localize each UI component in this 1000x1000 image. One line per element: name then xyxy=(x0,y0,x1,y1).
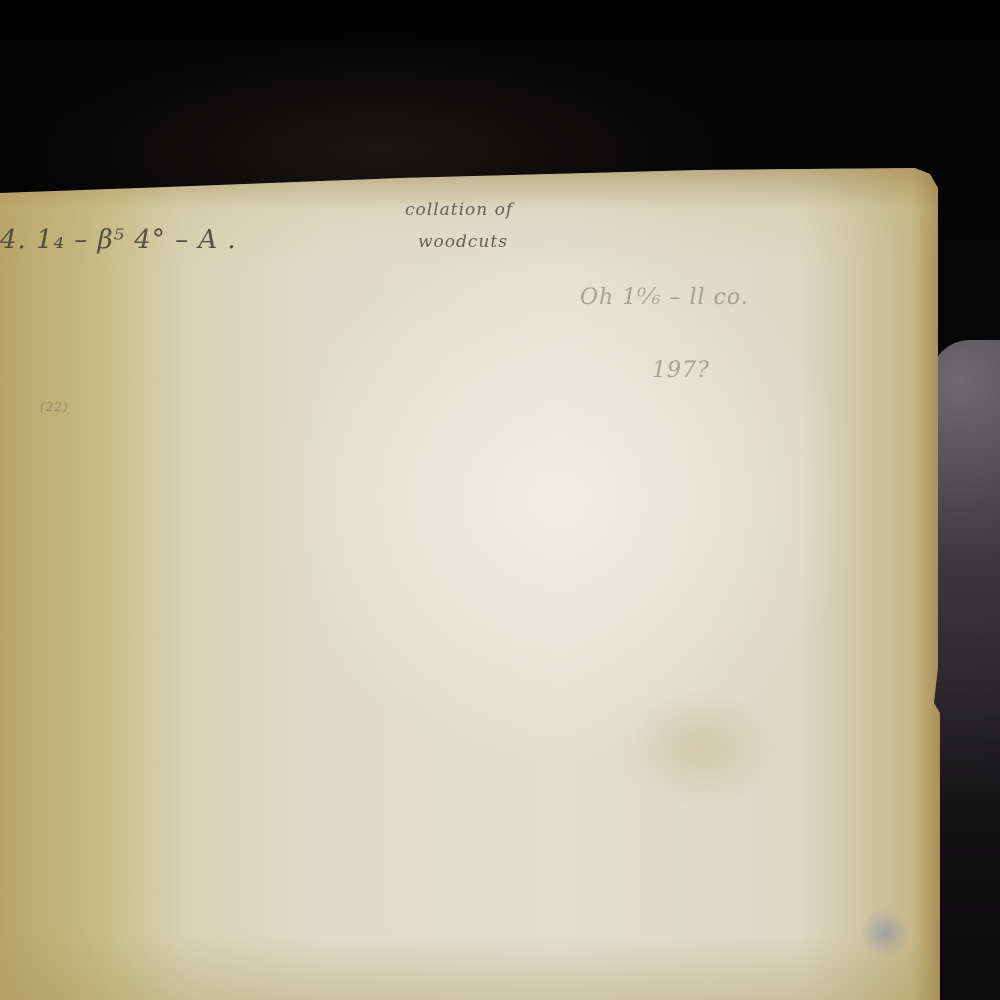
pencil-note-collation: 4. 1₄ – β⁵ 4° – A . xyxy=(0,225,237,255)
ink-stain xyxy=(860,908,910,958)
pencil-note-price: Oh 1⁰⁄₆ – ll co. xyxy=(580,285,749,310)
paper-page xyxy=(0,168,940,1000)
pencil-note-woodcuts-line1: collation of xyxy=(405,200,513,220)
pencil-note-year: 197? xyxy=(652,358,710,383)
pencil-note-margin: (22) xyxy=(40,400,69,414)
leather-surface xyxy=(930,340,1000,1000)
pencil-note-woodcuts-line2: woodcuts xyxy=(418,232,508,252)
